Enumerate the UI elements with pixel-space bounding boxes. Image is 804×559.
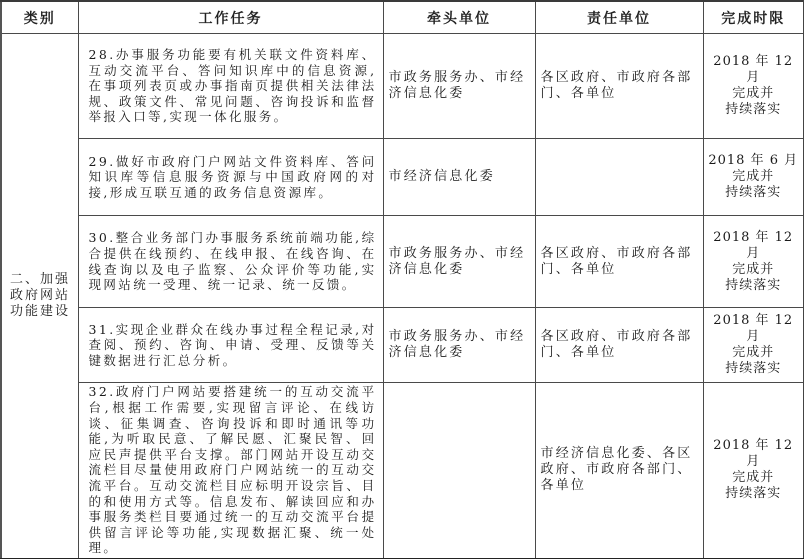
- deadline-date: 2018 年 12 月: [706, 54, 802, 86]
- header-category: 类别: [1, 1, 78, 34]
- deadline-note: 持续落实: [706, 486, 802, 502]
- deadline-note: 完成并: [706, 169, 802, 185]
- deadline-cell: 2018 年 12 月 完成并 持续落实: [703, 383, 804, 559]
- table-row: 30.整合业务部门办事服务系统前端功能,综合提供在线预约、在线申报、在线咨询、在…: [1, 216, 804, 308]
- responsible-unit-cell: 各区政府、市政府各部门、各单位: [535, 34, 703, 139]
- lead-unit-cell: 市经济信息化委: [383, 139, 535, 216]
- header-deadline: 完成时限: [703, 1, 804, 34]
- lead-unit-cell: [383, 383, 535, 559]
- lead-unit-cell: 市政务服务办、市经济信息化委: [383, 308, 535, 383]
- task-cell: 31.实现企业群众在线办事过程全程记录,对查阅、预约、咨询、申请、受理、反馈等关…: [78, 308, 383, 383]
- responsible-unit-cell: 市经济信息化委、各区政府、市政府各部门、各单位: [535, 383, 703, 559]
- header-lead-unit: 牵头单位: [383, 1, 535, 34]
- task-cell: 32.政府门户网站要搭建统一的互动交流平台,根据工作需要,实现留言评论、在线访谈…: [78, 383, 383, 559]
- task-cell: 28.办事服务功能要有机关联文件资料库、互动交流平台、答问知识库中的信息资源,在…: [78, 34, 383, 139]
- header-task: 工作任务: [78, 1, 383, 34]
- deadline-note: 完成并: [706, 470, 802, 486]
- deadline-cell: 2018 年 12 月 完成并 持续落实: [703, 34, 804, 139]
- header-row: 类别 工作任务 牵头单位 责任单位 完成时限: [1, 1, 804, 34]
- deadline-note: 持续落实: [706, 278, 802, 294]
- deadline-note: 完成并: [706, 262, 802, 278]
- lead-unit-cell: 市政务服务办、市经济信息化委: [383, 34, 535, 139]
- deadline-date: 2018 年 12 月: [706, 230, 802, 262]
- task-cell: 29.做好市政府门户网站文件资料库、答问知识库等信息服务资源与中国政府网的对接,…: [78, 139, 383, 216]
- category-cell: 二、加强政府网站功能建设: [1, 34, 78, 559]
- table-row: 29.做好市政府门户网站文件资料库、答问知识库等信息服务资源与中国政府网的对接,…: [1, 139, 804, 216]
- deadline-date: 2018 年 6 月: [706, 153, 802, 169]
- deadline-date: 2018 年 12 月: [706, 438, 802, 470]
- table-row: 二、加强政府网站功能建设 28.办事服务功能要有机关联文件资料库、互动交流平台、…: [1, 34, 804, 139]
- deadline-note: 持续落实: [706, 102, 802, 118]
- lead-unit-cell: 市政务服务办、市经济信息化委: [383, 216, 535, 308]
- deadline-note: 完成并: [706, 345, 802, 361]
- deadline-date: 2018 年 12 月: [706, 313, 802, 345]
- responsible-unit-cell: [535, 139, 703, 216]
- task-table: 类别 工作任务 牵头单位 责任单位 完成时限 二、加强政府网站功能建设 28.办…: [0, 0, 804, 559]
- responsible-unit-cell: 各区政府、市政府各部门、各单位: [535, 308, 703, 383]
- deadline-note: 完成并: [706, 86, 802, 102]
- deadline-note: 持续落实: [706, 185, 802, 201]
- deadline-cell: 2018 年 12 月 完成并 持续落实: [703, 216, 804, 308]
- header-responsible-unit: 责任单位: [535, 1, 703, 34]
- deadline-cell: 2018 年 12 月 完成并 持续落实: [703, 308, 804, 383]
- table-row: 31.实现企业群众在线办事过程全程记录,对查阅、预约、咨询、申请、受理、反馈等关…: [1, 308, 804, 383]
- responsible-unit-cell: 各区政府、市政府各部门、各单位: [535, 216, 703, 308]
- table-row: 32.政府门户网站要搭建统一的互动交流平台,根据工作需要,实现留言评论、在线访谈…: [1, 383, 804, 559]
- task-cell: 30.整合业务部门办事服务系统前端功能,综合提供在线预约、在线申报、在线咨询、在…: [78, 216, 383, 308]
- deadline-note: 持续落实: [706, 361, 802, 377]
- deadline-cell: 2018 年 6 月 完成并 持续落实: [703, 139, 804, 216]
